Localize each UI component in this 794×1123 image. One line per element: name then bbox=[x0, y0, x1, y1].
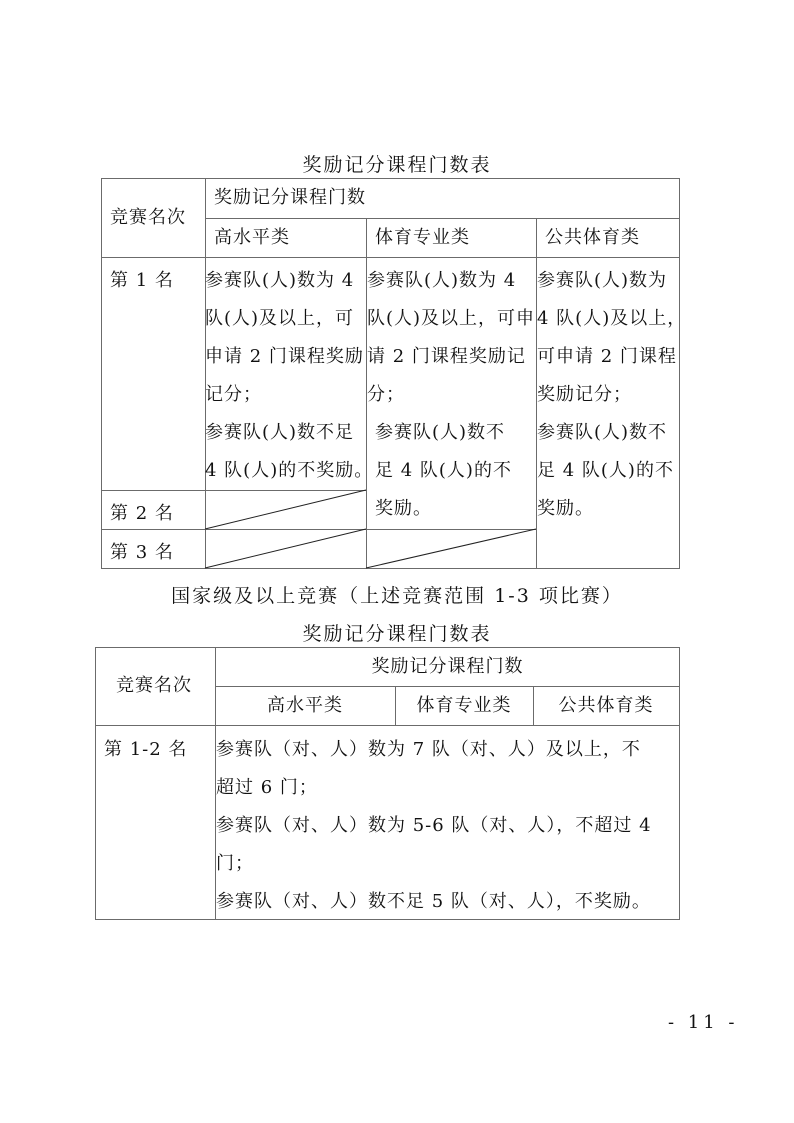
table2-section-title: 国家级及以上竞赛（上述竞赛范围 1-3 项比赛） bbox=[0, 581, 794, 608]
table2-border-left bbox=[95, 647, 96, 920]
table2-row-header: 竞赛名次 bbox=[116, 667, 192, 705]
table2-border-right bbox=[679, 647, 680, 920]
table1-rank-3: 第 3 名 bbox=[110, 534, 174, 572]
table1-cell-high-level: 参赛队(人)数为 4 队(人)及以上，可 申请 2 门课程奖励 记分； 参赛队(… bbox=[205, 262, 373, 490]
table1-col-header-1: 高水平类 bbox=[214, 219, 290, 257]
table1-empty-cell-slash bbox=[205, 490, 366, 530]
table1-group-header: 奖励记分课程门数 bbox=[214, 179, 366, 217]
table1-empty-cell-slash bbox=[366, 529, 536, 569]
table1-border-left bbox=[101, 178, 102, 569]
table1-empty-cell-slash bbox=[205, 529, 366, 569]
table1-cell-pe-major: 参赛队(人)数为 4 队(人)及以上，可申 请 2 门课程奖励记 分； 参赛队(… bbox=[367, 262, 535, 528]
table1-row-header: 竞赛名次 bbox=[110, 199, 186, 237]
table1-rank-1: 第 1 名 bbox=[110, 262, 174, 300]
table2-col-header-3: 公共体育类 bbox=[533, 687, 679, 725]
table1-col-header-3: 公共体育类 bbox=[545, 219, 640, 257]
table2-rank-1: 第 1-2 名 bbox=[104, 731, 187, 769]
table1-rank-2: 第 2 名 bbox=[110, 495, 174, 533]
table2-cell-body: 参赛队（对、人）数为 7 队（对、人）及以上，不 超过 6 门； 参赛队（对、人… bbox=[216, 731, 652, 921]
table1-border-top bbox=[101, 178, 680, 179]
table2-caption: 奖励记分课程门数表 bbox=[0, 619, 794, 646]
table1-col-header-2: 体育专业类 bbox=[375, 219, 470, 257]
table1-cell-public-pe: 参赛队(人)数为 4 队(人)及以上， 可申请 2 门课程 奖励记分； 参赛队(… bbox=[537, 262, 686, 528]
table2-col-header-1: 高水平类 bbox=[215, 687, 395, 725]
table2-col-header-2: 体育专业类 bbox=[395, 687, 533, 725]
table1-caption: 奖励记分课程门数表 bbox=[0, 150, 794, 177]
table1-divider-header bbox=[101, 257, 680, 258]
page-number: - 11 - bbox=[668, 1012, 739, 1033]
table2-group-header: 奖励记分课程门数 bbox=[215, 648, 680, 686]
table2-divider-header bbox=[95, 725, 680, 726]
